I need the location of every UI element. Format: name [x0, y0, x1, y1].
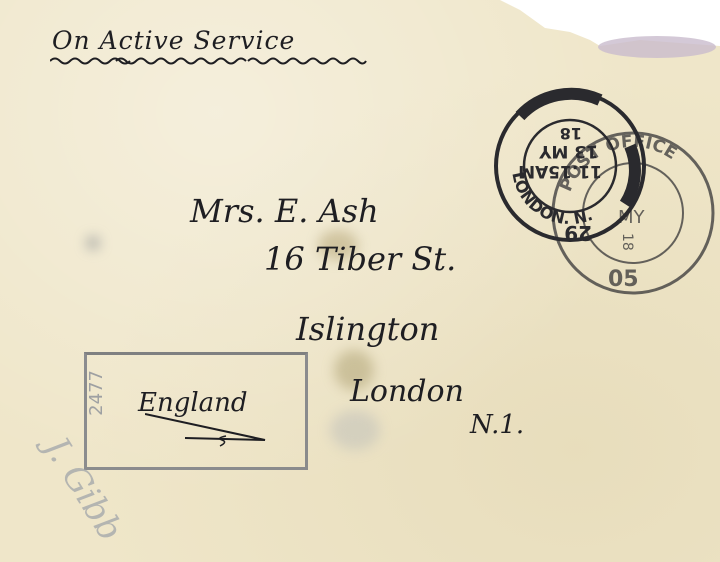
england-strike-line	[145, 410, 285, 450]
postmark-secondary-number: 05	[608, 267, 639, 292]
on-active-service-heading: On Active Service	[52, 26, 295, 55]
address-city: London	[350, 374, 464, 409]
stain	[330, 410, 380, 450]
postmark-primary-year: 18	[560, 124, 582, 143]
envelope: On Active Service Mrs. E. Ash 16 Tiber S…	[0, 0, 720, 562]
address-name: Mrs. E. Ash	[190, 192, 379, 230]
address-postcode: N.1.	[470, 410, 524, 440]
torn-flap-lining	[598, 36, 716, 58]
wavy-underline	[50, 56, 370, 66]
postmark-primary-time: 11.15AM	[518, 161, 602, 181]
postmark-primary: LONDON. N. 29 11.15AM 13 MY 18	[490, 86, 650, 246]
stain	[86, 236, 100, 250]
postmark-primary-number: 29	[564, 221, 592, 245]
address-street: 16 Tiber St.	[264, 240, 456, 278]
censor-number: 2477	[86, 370, 107, 416]
postmark-primary-date: 13 MY	[539, 141, 598, 161]
address-district: Islington	[296, 310, 439, 348]
